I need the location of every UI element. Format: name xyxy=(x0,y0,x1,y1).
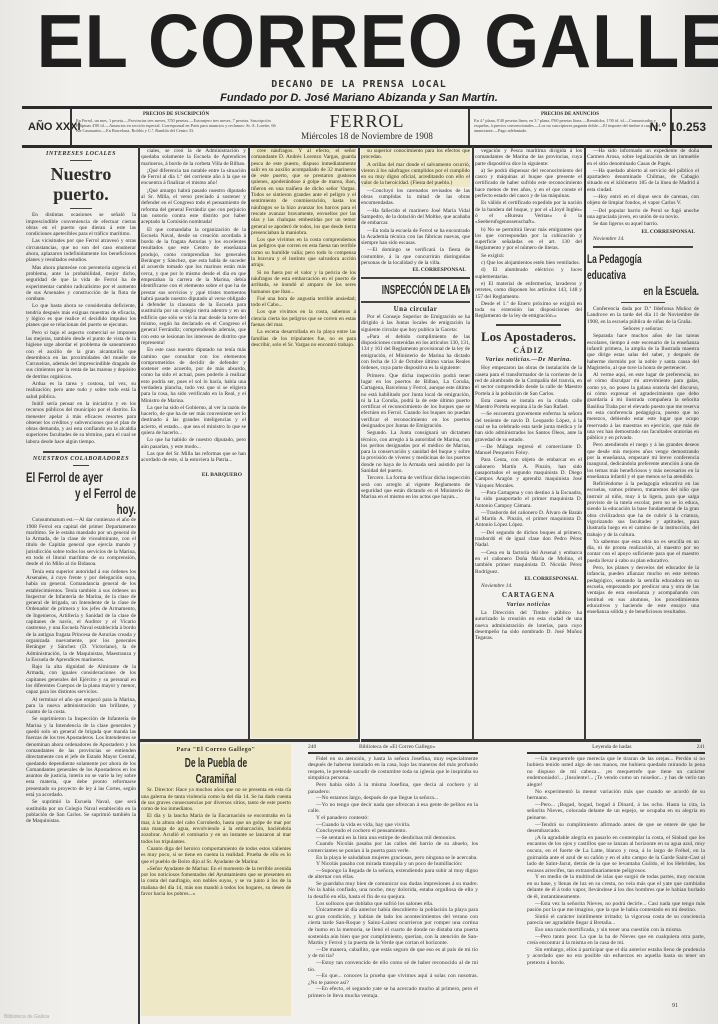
paragraph: —Ha fallecido el marinero José María Vid… xyxy=(361,208,470,227)
paragraph: Desde el 1.º de Enero próximo se exigirá… xyxy=(475,301,582,320)
paragraph: Segundo. La Junta consignará un dictamen… xyxy=(361,430,470,474)
paragraph: Fué una hora de angustia terrible ansied… xyxy=(251,296,356,309)
salutation: Señores y señoras: xyxy=(587,326,699,332)
paragraph: Se suprimieron la Inspección de Infanter… xyxy=(26,716,136,798)
paragraph: Concluyendo el cochero el pensamiento. xyxy=(308,828,478,835)
issue-date: Miércoles 18 de Noviembre de 1908 xyxy=(272,131,462,141)
paragraph: Pero había oído á la misma Josefina, que… xyxy=(308,782,478,795)
section-kicker: INTERESES LOCALES xyxy=(26,151,136,157)
paragraph: Al terminar el año que empezó para la Ma… xyxy=(26,697,136,716)
paragraph: Tenía esta superior autoridad á sus órde… xyxy=(26,569,136,663)
paragraph: —Un mequetrefe que merecía que le tirara… xyxy=(527,756,705,789)
paragraph: Únicamente al día anterior había descubi… xyxy=(308,907,478,947)
paragraph: Tercero. La forma de verificar dicha ins… xyxy=(361,475,470,500)
paragraph: Refiriéndome á la pedagogía educativa en… xyxy=(587,481,699,538)
paragraph: Se suprimió la Escuela Naval, que será s… xyxy=(26,799,136,824)
paragraph: Separada hace muchos años de las tareas … xyxy=(587,333,699,371)
paragraph: A orillas del mar donde el salvamento oc… xyxy=(361,162,470,187)
signature: EL CORRESPONSAL xyxy=(365,267,466,273)
signature: EL BARQUERO xyxy=(145,472,242,478)
puebla-caraminal-article: Para "El Correo Gallego" De la Puebla de… xyxy=(141,744,291,1016)
column-rule xyxy=(138,146,140,1024)
article-headline-line2: y el Ferrol de hoy. xyxy=(59,485,136,517)
ads-text: En 4.ª plana, 0'40 pesetas línea; en 3.ª… xyxy=(470,117,670,134)
column-5: vegación y Pesca marítima dirigida á los… xyxy=(475,148,582,738)
book-page-right: Leyenda de hadas 241 —Un mequetrefe que … xyxy=(527,744,705,1000)
paragraph: No experimentó la menor variación más qu… xyxy=(527,789,705,802)
paragraph: Y en medio de la multitud de islas que s… xyxy=(527,874,705,900)
divider xyxy=(43,451,120,453)
paragraph: —Cuando la vida es vida, hay que vivirla… xyxy=(308,822,478,829)
paragraph: Conferencia dada por D.ª Ildefonsa Muñoz… xyxy=(587,306,699,325)
paragraph: —Cesa en la factoría del Arsenal y embar… xyxy=(475,550,582,575)
dateline: Noviembre 14. xyxy=(587,236,699,242)
corner-page-number: 91 xyxy=(672,1003,678,1009)
paragraph: Las que del Sr. Milla las reformas que s… xyxy=(141,451,246,464)
paragraph: Eso una razón mortificada, y sin tener u… xyxy=(527,927,705,934)
paragraph: Cuanto diga del heroico comportamiento d… xyxy=(141,846,291,865)
paragraph: Al verme aquí, en este lugar de preferen… xyxy=(587,372,699,441)
book-page-left: 240 Biblioteca de «El Correo Gallego» Fi… xyxy=(308,744,478,1000)
paragraph: —Del segundo de dichos buques al primero… xyxy=(475,530,582,549)
paragraph: Sintió el carácter inútilmente irritado;… xyxy=(527,914,705,927)
paragraph: su superior conocimiento para los efecto… xyxy=(361,148,470,161)
paragraph: —En toda la escuela de Ferrol se ha enco… xyxy=(361,228,470,247)
running-title: Biblioteca de «El Correo Gallego» xyxy=(359,744,435,751)
city-heading: CÁDIZ xyxy=(475,348,582,354)
paragraph: En distintas ocasiones se señaló la impr… xyxy=(26,212,136,237)
column-rule xyxy=(584,146,586,740)
column-1: INTERESES LOCALES Nuestro puerto. En dis… xyxy=(26,148,136,1018)
ads-prices-box: PRECIOS DE ANUNCIOS En 4.ª plana, 0'40 p… xyxy=(468,109,672,145)
paragraph: Ya sabemos que esta obra no es sencilla … xyxy=(587,539,699,564)
paragraph: ¡Qué diferencia tan notable entre la sit… xyxy=(141,168,246,187)
masthead-founder: Fundado por D. José Mariano Abizanda y S… xyxy=(0,92,718,104)
paragraph: Se dan ligeros su aquel barrio. xyxy=(587,221,699,227)
divider xyxy=(73,465,90,466)
column-2: ciales, se creó la de Administración y q… xyxy=(141,148,246,738)
column-rule xyxy=(358,146,360,740)
article-subtitle: Varias noticias.—De Marina. xyxy=(475,357,582,363)
paragraph: —Estoy tan convencido de ello como sé de… xyxy=(308,960,478,973)
paragraph: El día y la lancha María de la Encarnaci… xyxy=(141,813,291,844)
paragraph: —El domingo se verificará la fiesta de c… xyxy=(361,247,470,266)
paragraph: Y el panadero contestó: xyxy=(308,815,478,822)
paragraph: ¡A la agradable alegría en pasarlo en co… xyxy=(527,835,705,875)
article-subtitle: Varias noticias xyxy=(475,602,582,608)
paragraph: Hoy empezaron las obras de instalación d… xyxy=(475,365,582,396)
column-6: —Ha sido informado un expediente de doña… xyxy=(587,148,699,738)
paragraph: Las vicisitudes por que Ferrol atravesó … xyxy=(26,238,136,263)
header-bar: AÑO XXXI PRECIOS DE SUSCRIPCIÓN En Ferro… xyxy=(22,106,712,148)
paragraph: Si no fuera por el valor y la pericia de… xyxy=(251,270,356,295)
paragraph: En este caso nuestro diputado no tenía m… xyxy=(141,347,246,404)
paragraph: vegación y Pesca marítima dirigida á los… xyxy=(475,148,582,167)
paragraph: Es válido el certificado expedido por la… xyxy=(475,200,582,225)
divider xyxy=(621,302,666,303)
paragraph: —Trasbordo del cañonero D. Álvaro de Baz… xyxy=(475,510,582,529)
article-headline-line1: La Pedagogía educativa xyxy=(587,251,665,283)
running-title: Leyenda de hadas xyxy=(592,744,631,751)
dateline: Noviembre 14. xyxy=(475,583,582,589)
section-kicker: Para "El Correo Gallego" xyxy=(141,747,291,753)
paragraph: Primero. Que dicha inspección podrá tene… xyxy=(361,373,470,430)
paragraph: Esta caseta se instala en la citada call… xyxy=(475,398,582,411)
paragraph: e) El material de enfermerías, lavaderos… xyxy=(475,281,582,300)
paragraph: —Esta vez la señorita Nieves, no podrá d… xyxy=(527,901,705,914)
divider xyxy=(70,208,92,209)
running-header: 240 Biblioteca de «El Correo Gallego» xyxy=(308,744,478,754)
paragraph: Sin embargo, ellos á participar que el d… xyxy=(527,947,705,967)
paragraph: Pero atendiendo el ruego y á las grandes… xyxy=(587,442,699,480)
article-headline: Nuestro puerto. xyxy=(26,164,136,204)
masthead-title: EL CORREO GALLEGO xyxy=(37,8,694,75)
paragraph: —Para Cartagena y con destino á la Escua… xyxy=(475,490,582,509)
paragraph: Cuando Nicolás pasaba por las calles del… xyxy=(308,841,478,854)
divider xyxy=(361,277,470,279)
column-3-highlighted: cree náufragos. Y al efecto, el señor co… xyxy=(251,148,356,738)
paragraph: La que ha sido el Gobierno, al ver la ra… xyxy=(141,405,246,436)
paragraph: En la playa le saludaban mujeres gracios… xyxy=(308,855,478,862)
paragraph: d) El alumbrado eléctrico y luces suplem… xyxy=(475,267,582,280)
paragraph: Lo que ha habido de nuestro diputado, pe… xyxy=(141,437,246,450)
subscription-text: En Ferrol, un mes, 1 peseta.—Provincias … xyxy=(72,117,280,134)
paragraph: —No estamos largo, después de que llegue… xyxy=(308,795,478,802)
paragraph: Sr. Director: Hace ya muchos años que no… xyxy=(141,787,291,812)
paragraph: Para Ceuta, con objeto de embarcar en el… xyxy=(475,457,582,488)
paragraph: —Ha quedado abierto al servicio del públ… xyxy=(587,168,699,193)
article-headline: INSPECCIÓN DE LA EMIGRACIÓN xyxy=(382,282,450,298)
paragraph: —Del popular barrio de Perul se fugó ano… xyxy=(587,208,699,221)
article-subtitle: Una circular xyxy=(361,306,470,312)
divider xyxy=(361,301,470,303)
library-watermark: Biblioteca de Galicia xyxy=(4,1014,49,1020)
paragraph: —Se encuentra gravemente enferma la seño… xyxy=(475,411,582,442)
paragraph: —Es que... conoces la prueba que vivimos… xyxy=(308,973,478,986)
column-rule xyxy=(248,146,250,740)
paragraph: —En efecto, el segundo yate se ha acerca… xyxy=(308,986,478,999)
paragraph: La escena desarrollada en la playa entre… xyxy=(251,329,356,348)
paragraph: Fidel en su atención, y hasta la señora … xyxy=(308,756,478,782)
paragraph: a) Se podrá dispensar del reconocimiento… xyxy=(475,168,582,199)
column-4: su superior conocimiento para los efecto… xyxy=(361,148,470,738)
paragraph: Los que vivimos en la costa, sabemos á c… xyxy=(251,309,356,328)
section-rule xyxy=(140,739,360,742)
paragraph: Se exigirá: xyxy=(475,253,582,259)
paragraph: Pero, los planes y desvelos del educador… xyxy=(587,565,699,615)
paragraph: cree náufragos. Y al efecto, el señor co… xyxy=(251,148,356,236)
signature: EL CORRESPONSAL xyxy=(591,229,695,235)
paragraph: ciales, se creó la de Administración y q… xyxy=(141,148,246,167)
city-title: FERROL xyxy=(282,111,452,132)
paragraph: La Dirección del Timbre público ha autor… xyxy=(475,610,582,641)
newspaper-page: EL CORREO GALLEGO DECANO DE LA PRENSA LO… xyxy=(0,0,718,1024)
paragraph: Inútil sería pensar en la iniciativa y e… xyxy=(26,401,136,445)
paragraph: Consummatum est.—Al dar comienzo el año … xyxy=(26,517,136,567)
paragraph: —Se sentará en la lista una estirpe de d… xyxy=(308,835,478,842)
divider xyxy=(496,324,560,326)
paragraph: —De manera, caballito, que estás seguro … xyxy=(308,947,478,960)
paragraph: —Supongo la llegada de la señora, extend… xyxy=(308,868,478,881)
paragraph: —Yo no tengo que decir nada que ofrezcan… xyxy=(308,802,478,815)
paragraph: Ardua es la tarea y costosa, tal vez, su… xyxy=(26,381,136,400)
page-number: 240 xyxy=(308,744,316,751)
page-number: 241 xyxy=(697,744,705,751)
paragraph: Lo que hasta ahora se consideraba defici… xyxy=(26,303,136,328)
subscription-box: PRECIOS DE SUSCRIPCIÓN En Ferrol, un mes… xyxy=(70,109,280,145)
article-headline-line1: El Ferrol de ayer xyxy=(26,469,103,485)
paragraph: Mas ahora planteóse con perentoria urgen… xyxy=(26,265,136,303)
paragraph: Se guardaba muy bien de comunicar sus du… xyxy=(308,881,478,901)
city-heading: CARTAGENA xyxy=(475,592,582,598)
column-rule xyxy=(472,146,474,740)
paragraph: —Hoy entró en el dique seco de carenas, … xyxy=(587,194,699,207)
paragraph: —Concluyó los carenados revisados de las… xyxy=(361,188,470,207)
issue-number: N.º 10.253 xyxy=(650,120,706,134)
section-rule xyxy=(361,739,701,742)
masthead-tagline: DECANO DE LA PRENSA LOCAL xyxy=(0,79,718,90)
paragraph: —De Málaga regresó el comerciante D. Man… xyxy=(475,444,582,457)
divider xyxy=(593,246,694,248)
paragraph: Bajo la alta dignidad de Almirante de la… xyxy=(26,664,136,695)
paragraph: Los que vivimos en la costa comprendemos… xyxy=(251,237,356,268)
paragraph: b) No se permitirá llevar más emigrantes… xyxy=(475,227,582,252)
paragraph: «Señor Ayudante de Marina: En el momento… xyxy=(141,866,291,897)
highlighted-snippet: su superior conocimiento para los efecto… xyxy=(361,148,470,187)
divider xyxy=(70,160,92,161)
section-kicker: NUESTROS COLABORADORES xyxy=(26,456,136,462)
paragraph: —Pero... ¡Bogad, bogad, bogad á Dinard, … xyxy=(527,802,705,822)
paragraph: El que comandaba la organización de la E… xyxy=(141,227,246,347)
paragraph: Por el Consejo Superior de Emigración se… xyxy=(361,314,470,333)
paragraph: «Para el debido cumplimiento de las disp… xyxy=(361,334,470,372)
paragraph: ¡Qué amargo habrá pasado nuestro diputad… xyxy=(141,188,246,226)
paragraph: Y Nicolás pasaba con mirada tranquila y … xyxy=(308,861,478,868)
article-headline-line2: en la Escuela. xyxy=(621,283,699,299)
paragraph: c) Que los alojamientos estén bien venti… xyxy=(475,260,582,266)
signature: EL CORRESPONSAL xyxy=(479,576,578,582)
paragraph: —Tendrá su cumplimiento afirmado antes d… xyxy=(527,822,705,835)
paragraph: —Ha sido informado un expediente de doña… xyxy=(587,148,699,167)
paragraph: —Pero tanto peor. La que la ha de Nieves… xyxy=(527,934,705,947)
article-headline: Los Apostaderos. xyxy=(475,329,582,344)
paragraph: Pero si bajo el aspecto comercial se imp… xyxy=(26,330,136,380)
article-headline: De la Puebla de Caramiñal xyxy=(167,755,265,787)
running-header: Leyenda de hadas 241 xyxy=(527,744,705,754)
